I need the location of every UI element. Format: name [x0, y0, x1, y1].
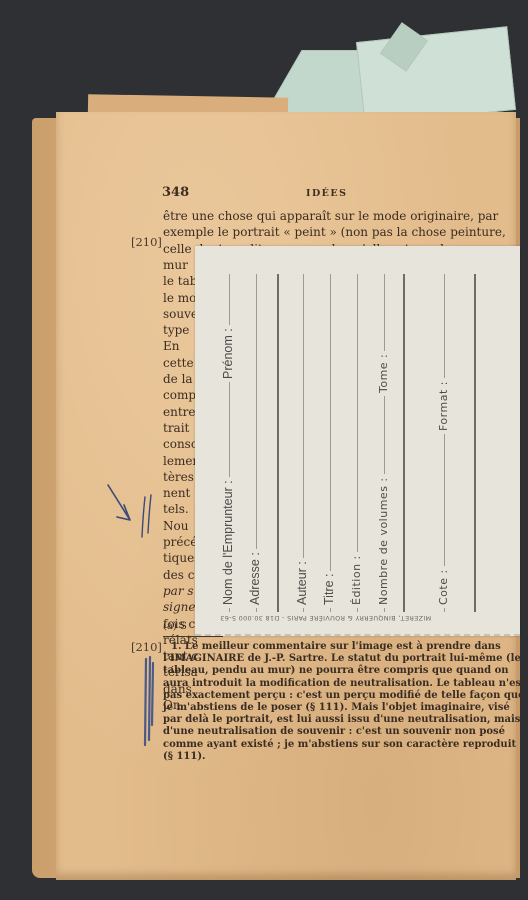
body-line: signe [163, 599, 196, 615]
library-card: Nom de l'Emprunteur : Prénom : Adresse :… [195, 246, 520, 636]
body-line: le mo [163, 290, 196, 306]
field-label-title: Titre : [322, 571, 336, 608]
field-label-author: Auteur : [295, 558, 309, 608]
body-line: type [163, 322, 189, 338]
printer-imprint: MIZERET, BINQUERRY & ROUVIÈRE PARIS - D1… [220, 614, 431, 622]
body-line: comp [163, 387, 196, 403]
footnote-line: l'IMAGINAIRE de J.-P. Sartre. Le statut … [163, 653, 478, 665]
field-divider [403, 274, 405, 612]
body-line: exemple le portrait « peint » (non pas l… [163, 224, 478, 240]
footnote-line: d'une neutralisation de souvenir : c'est… [163, 726, 478, 738]
body-line: En [163, 338, 180, 354]
footnote-line: pas exactement perçu : c'est un perçu mo… [163, 690, 478, 702]
footnote-line: tableau, pendu au mur) ne pourra être co… [163, 665, 478, 677]
footnote-line: (§ 111). [163, 751, 478, 763]
pencil-arrow-icon [100, 475, 160, 545]
footnote-line: je m'abstiens de le poser (§ 111). Mais … [163, 702, 478, 714]
footnote-line: aura introduit la modification de neutra… [163, 678, 478, 690]
field-label-format: Format : [437, 378, 450, 434]
field-line [330, 274, 331, 612]
body-line: entre [163, 404, 196, 420]
body-line: mur [163, 257, 188, 273]
body-line: de la [163, 371, 193, 387]
footnote-marker: (a) S [163, 619, 187, 635]
footnote-rule [163, 636, 223, 637]
footnote-margin-reference: [210] [131, 640, 162, 654]
green-slip-fold [356, 26, 516, 125]
field-label-volume-count: Nombre de volumes : [377, 474, 390, 608]
body-line: cette [163, 355, 194, 371]
footnote-line: comme ayant existé ; je m'abstiens sur s… [163, 739, 478, 751]
body-line: par s [163, 583, 194, 599]
page-number: 348 [162, 185, 189, 200]
body-line: précé [163, 534, 197, 550]
field-line [444, 274, 445, 612]
field-label-edition: Édition : [350, 552, 363, 608]
body-line: le tab [163, 273, 197, 289]
body-line: tels. [163, 501, 189, 517]
field-label-address: Adresse : [248, 549, 262, 608]
body-line: nent [163, 485, 190, 501]
margin-reference: [210] [131, 235, 162, 249]
footnote-line: par delà le portrait, est lui aussi issu… [163, 714, 478, 726]
body-line: Nou [163, 518, 188, 534]
field-label-call-number: Cote : [437, 566, 450, 608]
field-label-first-name: Prénom : [221, 325, 235, 382]
body-line: consc [163, 436, 198, 452]
body-line: des c [163, 567, 194, 583]
body-line: être une chose qui apparaît sur le mode … [163, 208, 478, 224]
field-divider [474, 274, 476, 612]
field-divider [277, 274, 279, 612]
body-line: trait [163, 420, 189, 436]
field-label-borrower-name: Nom de l'Emprunteur : [221, 477, 235, 608]
footnote-line: 1. Le meilleur commentaire sur l'image e… [163, 641, 478, 653]
body-line: souve [163, 306, 198, 322]
ink-margin-bar-icon [140, 655, 160, 750]
field-label-tome: Tome : [377, 351, 390, 396]
body-line: tères [163, 469, 194, 485]
running-title: IDÉES [306, 188, 348, 199]
